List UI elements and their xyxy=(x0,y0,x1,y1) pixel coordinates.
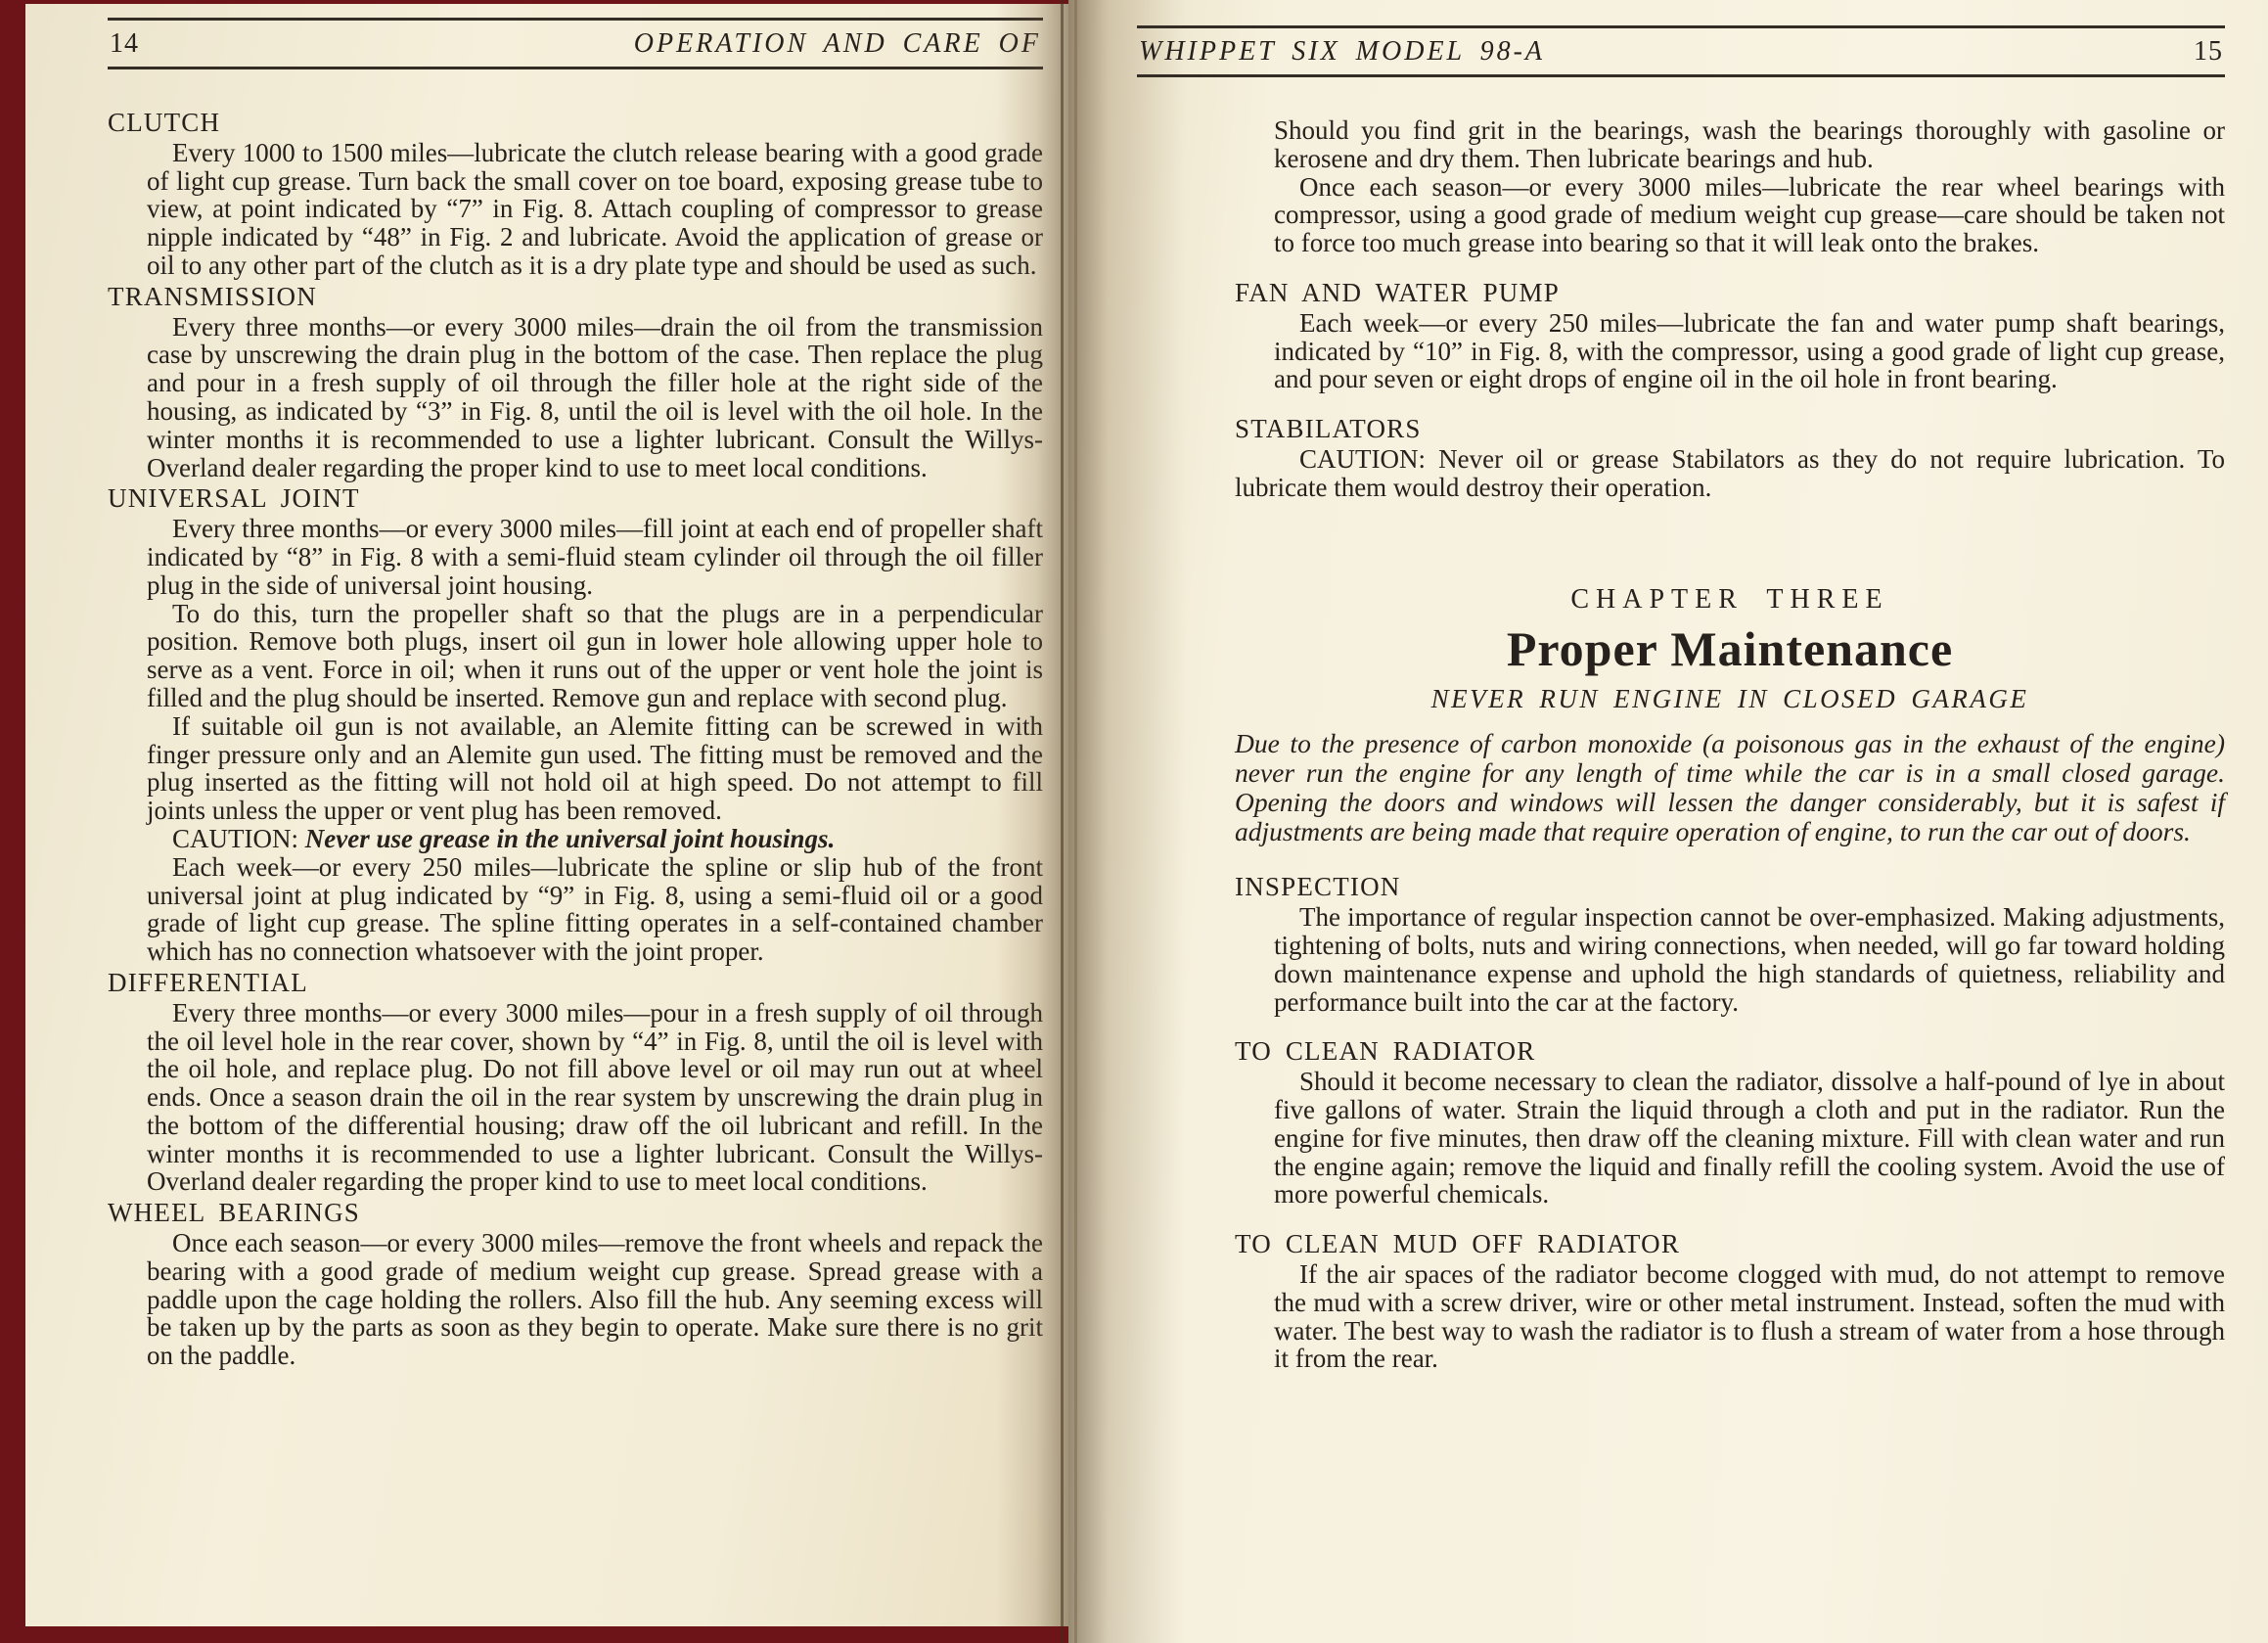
paragraph: Should you find grit in the bearings, wa… xyxy=(1274,116,2225,173)
continued-paragraphs: Should you find grit in the bearings, wa… xyxy=(1235,116,2225,257)
paragraph: Every three months—or every 3000 miles—f… xyxy=(147,515,1043,599)
book-spread-scan: { "document": { "type": "book-spread", "… xyxy=(0,0,2268,1643)
section-heading: CLUTCH xyxy=(108,109,1043,137)
section-heading: TO CLEAN RADIATOR xyxy=(1235,1037,2225,1066)
section-heading: WHEEL BEARINGS xyxy=(108,1199,1043,1227)
paragraph: Every 1000 to 1500 miles—lubricate the c… xyxy=(147,139,1043,280)
left-page-body: CLUTCHEvery 1000 to 1500 miles—lubricate… xyxy=(108,109,1043,1370)
paragraph-segment: Never use grease in the universal joint … xyxy=(305,824,836,853)
running-head-right: WHIPPET SIX MODEL 98-A xyxy=(1139,35,1545,68)
right-page: WHIPPET SIX MODEL 98-A 15 Should you fin… xyxy=(1068,0,2268,1643)
paragraph: The importance of regular inspection can… xyxy=(1274,903,2225,1016)
paragraph: Each week—or every 250 miles—lubricate t… xyxy=(1274,309,2225,393)
book-spine-edge xyxy=(1061,0,1064,1643)
paragraph: If suitable oil gun is not available, an… xyxy=(147,712,1043,825)
chapter-kicker: CHAPTER THREE xyxy=(1235,586,2225,615)
paragraph: Once each season—or every 3000 miles—rem… xyxy=(147,1229,1043,1370)
running-head-left: OPERATION AND CARE OF xyxy=(634,27,1041,61)
section-heading: UNIVERSAL JOINT xyxy=(108,484,1043,513)
section-heading: TO CLEAN MUD OFF RADIATOR xyxy=(1235,1230,2225,1258)
left-running-header: 14 OPERATION AND CARE OF xyxy=(108,18,1043,69)
page-number-right: 15 xyxy=(2194,35,2223,68)
left-page-column: 14 OPERATION AND CARE OF CLUTCHEvery 100… xyxy=(108,18,1043,1370)
left-page: 14 OPERATION AND CARE OF CLUTCHEvery 100… xyxy=(25,4,1068,1626)
right-running-header: WHIPPET SIX MODEL 98-A 15 xyxy=(1137,25,2225,77)
right-sections-bottom: INSPECTIONThe importance of regular insp… xyxy=(1235,873,2225,1373)
paragraph: Once each season—or every 3000 miles—lub… xyxy=(1274,173,2225,257)
book-spine-edge-inner xyxy=(1074,0,1077,1643)
section-heading: STABILATORS xyxy=(1235,415,2225,443)
chapter-lead-paragraph: Due to the presence of carbon monoxide (… xyxy=(1235,729,2225,846)
paragraph-segment: CAUTION: xyxy=(172,824,305,853)
right-page-column: WHIPPET SIX MODEL 98-A 15 Should you fin… xyxy=(1235,25,2225,1373)
chapter-heading-block: CHAPTER THREE Proper Maintenance NEVER R… xyxy=(1235,586,2225,846)
paragraph: Each week—or every 250 miles—lubricate t… xyxy=(147,853,1043,966)
right-page-body: Should you find grit in the bearings, wa… xyxy=(1235,116,2225,1373)
paragraph: If the air spaces of the radiator become… xyxy=(1274,1260,2225,1373)
paragraph: Every three months—or every 3000 miles—d… xyxy=(147,313,1043,482)
chapter-subtitle: NEVER RUN ENGINE IN CLOSED GARAGE xyxy=(1235,685,2225,713)
paragraph: Should it become necessary to clean the … xyxy=(1274,1068,2225,1209)
right-sections-top: FAN AND WATER PUMPEach week—or every 250… xyxy=(1235,279,2225,502)
section-heading: FAN AND WATER PUMP xyxy=(1235,279,2225,307)
paragraph: To do this, turn the propeller shaft so … xyxy=(147,600,1043,712)
section-heading: TRANSMISSION xyxy=(108,283,1043,311)
section-heading: DIFFERENTIAL xyxy=(108,969,1043,997)
paragraph: Every three months—or every 3000 miles—p… xyxy=(147,999,1043,1197)
paragraph: CAUTION: Never oil or grease Stabilators… xyxy=(1235,445,2225,502)
chapter-title: Proper Maintenance xyxy=(1235,635,2225,663)
section-heading: INSPECTION xyxy=(1235,873,2225,901)
paragraph: CAUTION: Never use grease in the univers… xyxy=(147,825,1043,853)
page-number-left: 14 xyxy=(110,27,139,61)
